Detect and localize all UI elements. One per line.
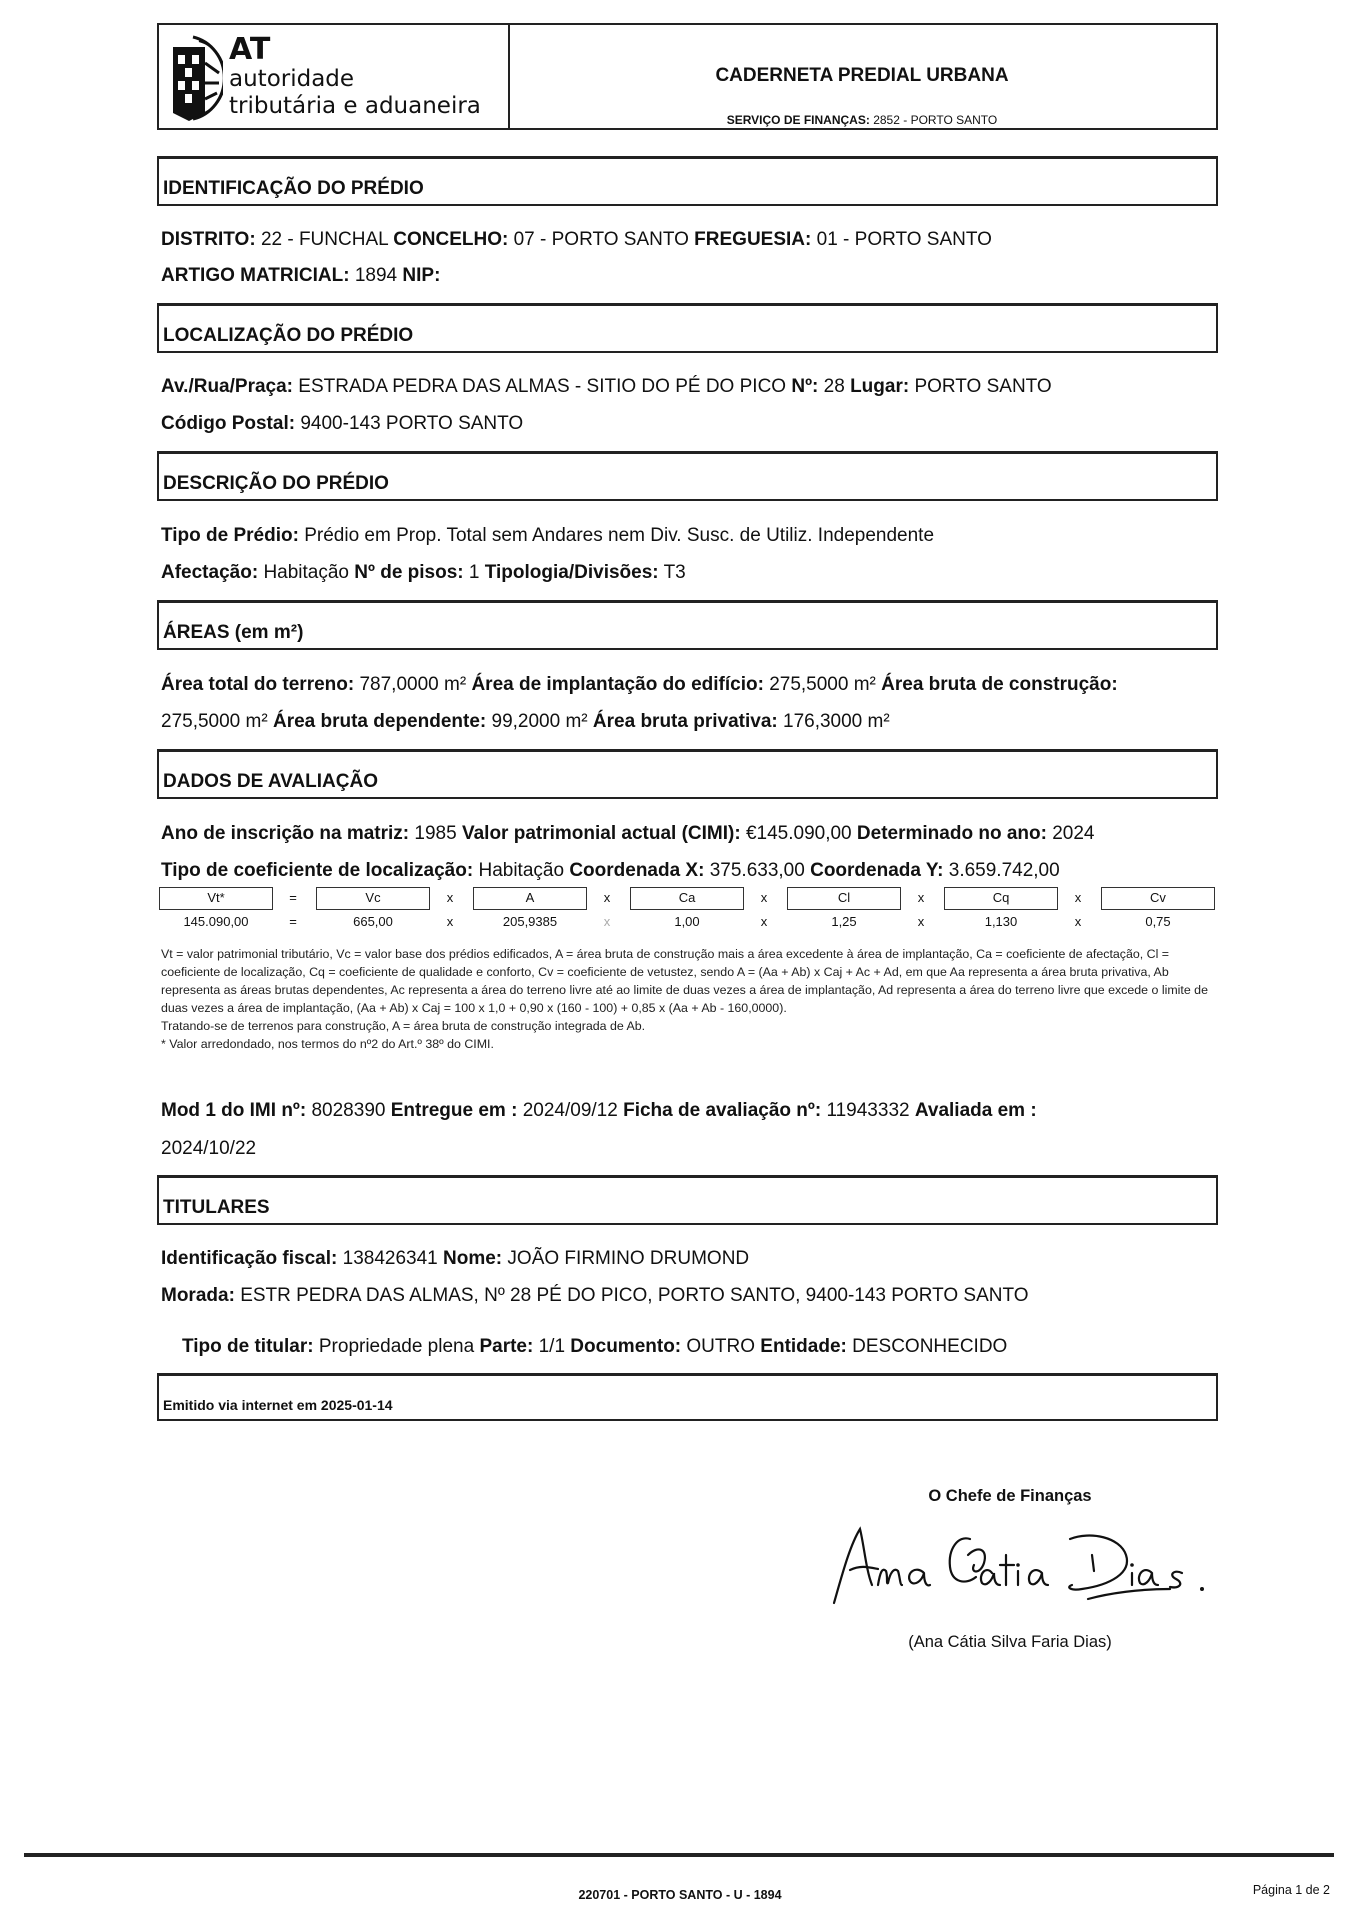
formula-value-4: 1,25 bbox=[787, 914, 901, 929]
areas-line2: 275,5000 m² Área bruta dependente: 99,20… bbox=[161, 711, 890, 733]
formula-operator: x bbox=[1068, 890, 1088, 905]
formula-value-0: 145.090,00 bbox=[159, 914, 273, 929]
section-descricao: DESCRIÇÃO DO PRÉDIO bbox=[157, 451, 1218, 501]
formula-operator: = bbox=[283, 914, 303, 929]
logo-abbr: AT bbox=[229, 35, 270, 65]
formula-operator: x bbox=[597, 914, 617, 929]
formula-value-6: 0,75 bbox=[1101, 914, 1215, 929]
page-number: Página 1 de 2 bbox=[1190, 1883, 1330, 1897]
formula-term-5: Cq bbox=[944, 887, 1058, 910]
document-header: AT autoridade tributária e aduaneira CAD… bbox=[157, 23, 1218, 130]
formula-notes: Vt = valor patrimonial tributário, Vc = … bbox=[161, 945, 1216, 1053]
avaliacao-line2: Tipo de coeficiente de localização: Habi… bbox=[161, 860, 1060, 882]
section-avaliacao: DADOS DE AVALIAÇÃO bbox=[157, 749, 1218, 799]
titular-line3: Tipo de titular: Propriedade plena Parte… bbox=[182, 1336, 1007, 1358]
avaliacao-line1: Ano de inscrição na matriz: 1985 Valor p… bbox=[161, 823, 1095, 845]
service-office: SERVIÇO DE FINANÇAS: 2852 - PORTO SANTO bbox=[508, 113, 1216, 127]
formula-operator: x bbox=[440, 890, 460, 905]
note-definitions: Vt = valor patrimonial tributário, Vc = … bbox=[161, 945, 1216, 1017]
localizacao-line1: Av./Rua/Praça: ESTRADA PEDRA DAS ALMAS -… bbox=[161, 376, 1052, 398]
formula-operator: x bbox=[754, 914, 774, 929]
note-terrenos: Tratando-se de terrenos para construção,… bbox=[161, 1017, 1216, 1035]
signatory-name: (Ana Cátia Silva Faria Dias) bbox=[860, 1633, 1160, 1652]
localizacao-line2: Código Postal: 9400-143 PORTO SANTO bbox=[161, 413, 523, 435]
footer-rule bbox=[24, 1853, 1334, 1857]
formula-term-0: Vt* bbox=[159, 887, 273, 910]
section-localizacao: LOCALIZAÇÃO DO PRÉDIO bbox=[157, 303, 1218, 353]
valuation-formula: Vt*145.090,00Vc665,00A205,9385Ca1,00Cl1,… bbox=[157, 887, 1218, 947]
areas-line1: Área total do terreno: 787,0000 m² Área … bbox=[161, 674, 1118, 696]
formula-value-1: 665,00 bbox=[316, 914, 430, 929]
footer-reference: 220701 - PORTO SANTO - U - 1894 bbox=[500, 1888, 860, 1902]
formula-term-6: Cv bbox=[1101, 887, 1215, 910]
formula-term-1: Vc bbox=[316, 887, 430, 910]
avaliacao-mod1-line: Mod 1 do IMI nº: 8028390 Entregue em : 2… bbox=[161, 1100, 1037, 1122]
descricao-line1: Tipo de Prédio: Prédio em Prop. Total se… bbox=[161, 525, 934, 547]
formula-term-3: Ca bbox=[630, 887, 744, 910]
formula-operator: = bbox=[283, 890, 303, 905]
at-logo: AT autoridade tributária e aduaneira bbox=[171, 33, 501, 123]
handwritten-signature-icon bbox=[820, 1515, 1220, 1605]
formula-operator: x bbox=[440, 914, 460, 929]
section-areas: ÁREAS (em m²) bbox=[157, 600, 1218, 650]
portugal-coat-of-arms-icon bbox=[171, 33, 223, 123]
document-title: CADERNETA PREDIAL URBANA bbox=[508, 65, 1216, 87]
avaliacao-date-line: 2024/10/22 bbox=[161, 1138, 256, 1160]
section-titulares: TITULARES bbox=[157, 1175, 1218, 1225]
logo-line2: tributária e aduaneira bbox=[229, 93, 481, 119]
formula-operator: x bbox=[754, 890, 774, 905]
formula-value-5: 1,130 bbox=[944, 914, 1058, 929]
signature-role: O Chefe de Finanças bbox=[880, 1487, 1140, 1506]
identificacao-line1: DISTRITO: 22 - FUNCHAL CONCELHO: 07 - PO… bbox=[161, 229, 992, 251]
formula-operator: x bbox=[1068, 914, 1088, 929]
section-identificacao: IDENTIFICAÇÃO DO PRÉDIO bbox=[157, 156, 1218, 206]
formula-term-2: A bbox=[473, 887, 587, 910]
logo-line1: autoridade bbox=[229, 66, 354, 92]
note-rounding: * Valor arredondado, nos termos do nº2 d… bbox=[161, 1035, 1216, 1053]
formula-operator: x bbox=[911, 914, 931, 929]
titular-line1: Identificação fiscal: 138426341 Nome: JO… bbox=[161, 1248, 749, 1270]
formula-term-4: Cl bbox=[787, 887, 901, 910]
formula-operator: x bbox=[597, 890, 617, 905]
issued-box: Emitido via internet em 2025-01-14 bbox=[157, 1373, 1218, 1421]
descricao-line2: Afectação: Habitação Nº de pisos: 1 Tipo… bbox=[161, 562, 686, 584]
identificacao-line2: ARTIGO MATRICIAL: 1894 NIP: bbox=[161, 265, 440, 287]
formula-operator: x bbox=[911, 890, 931, 905]
formula-value-2: 205,9385 bbox=[473, 914, 587, 929]
titular-line2: Morada: ESTR PEDRA DAS ALMAS, Nº 28 PÉ D… bbox=[161, 1285, 1029, 1307]
formula-value-3: 1,00 bbox=[630, 914, 744, 929]
